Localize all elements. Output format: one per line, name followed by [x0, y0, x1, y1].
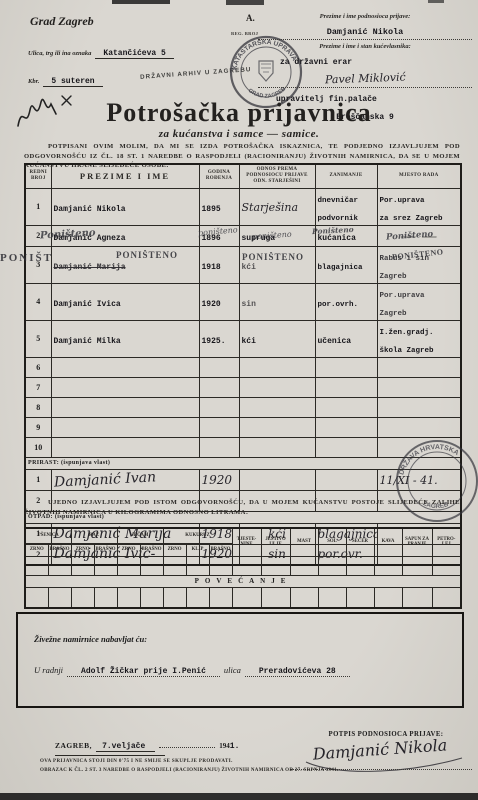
place-label: ZAGREB,	[55, 741, 92, 750]
supplies-value-row	[25, 587, 461, 608]
table-row-cancelled: 4 Damjanić Ivica 1920 sin por.ovrh. Por.…	[25, 283, 461, 320]
person-occupation: por.ovrh.	[318, 301, 359, 309]
shop-ulica-value: Preradovićeva 28	[245, 667, 350, 677]
col-sapun: SAPUN ZA PRANJE	[402, 528, 432, 556]
landlord-signature: Pavel Miklović	[324, 71, 405, 87]
applicant-name-label: Prezime i ime podnosioca prijave:	[258, 13, 472, 20]
sub-zrno: ZRNO	[71, 543, 94, 556]
row-number: 10	[25, 437, 51, 457]
sub-brasno: BRAŠNO	[140, 543, 163, 556]
scan-artifact	[226, 0, 264, 5]
person-name: Damjanić Ivica	[54, 300, 121, 309]
table-row: 5 Damjanić Milka 1925. kći učenica I.žen…	[25, 320, 461, 357]
supplies-intro-paragraph: UJEDNO IZJAVLJUJEM POD ISTOM ODGOVORNOŠĆ…	[24, 498, 460, 518]
sub-zrno: ZRNO	[163, 543, 186, 556]
supplies-table: PŠENICA RAŽ JEČAM KUKURUZ TJESTE-NINE JE…	[24, 527, 462, 609]
house-number-label: Kbr.	[28, 78, 39, 85]
landlord-line1: za državni erar	[280, 58, 352, 67]
person-work: Por.uprava Zagreb	[380, 292, 425, 318]
svg-text:DRŽAVA HRVATSKA: DRŽAVA HRVATSKA	[398, 444, 460, 476]
person-work: Por.uprava za srez Zagreb	[380, 197, 443, 223]
row-number: 7	[25, 377, 51, 397]
row-number: 1	[25, 188, 51, 225]
person-work: I.žen.gradj. škola Zagreb	[380, 329, 434, 355]
shop-radnja-label: U radnji	[34, 665, 63, 675]
col-header-occupation: ZANIMANJE	[315, 164, 377, 188]
col-header-relation: ODNOS PREMA PODNOSIOCU PRIJAVE ODN. STAR…	[239, 164, 315, 188]
col-secer: ŠEĆER	[346, 528, 374, 556]
table-row: 1 Damjanić Nikola 1895 Starješina dnevni…	[25, 188, 461, 225]
sub-klip: KLIP	[186, 543, 209, 556]
person-relation: sin	[242, 300, 256, 309]
person-year: 1920	[202, 300, 221, 309]
row-number: 1	[25, 469, 51, 490]
group-jecam: JEČAM	[117, 528, 163, 543]
person-year: 1918	[202, 263, 221, 272]
row-number: 4	[25, 283, 51, 320]
person-name: Damjanić Milka	[54, 337, 121, 346]
sub-brasno: BRAŠNO	[48, 543, 71, 556]
persons-table-header: REDNI BROJ PREZIME I IME GODINA ROĐENJA …	[25, 164, 461, 188]
sub-brasno: BRAŠNO	[209, 543, 232, 556]
col-mast: MAST	[290, 528, 318, 556]
landlord-label: Prezime i ime i stan kućevlasnika:	[258, 43, 472, 50]
col-kava: KAVA	[374, 528, 402, 556]
scan-artifact	[428, 0, 444, 3]
date-value: 7.veljače	[96, 742, 155, 752]
table-row-empty: 7	[25, 377, 461, 397]
table-row-empty: 8	[25, 397, 461, 417]
person-occupation: učenica	[318, 337, 352, 346]
table-row-empty: 9	[25, 417, 461, 437]
shop-title: Živežne namirnice nabavljat ću:	[34, 634, 147, 644]
person-name: Damjanić Marija	[54, 263, 126, 272]
person-name: Damjanić Nikola	[54, 205, 126, 214]
footer-line1: OVA PRIJAVNICA STOJI DIN 0'75 I NE SMIJE…	[40, 759, 233, 764]
person-relation: kći	[242, 337, 256, 346]
row-number: 8	[25, 397, 51, 417]
person-year: 1895	[202, 205, 221, 214]
signature-flourish	[286, 756, 472, 778]
person-year: 1920	[202, 473, 233, 487]
city-name: Grad Zagreb	[30, 14, 94, 29]
ponisteno-stamp: PONIŠTENO	[116, 250, 178, 260]
ponisteno-stamp: PONIŠT	[0, 252, 53, 264]
group-psenica: PŠENICA	[25, 528, 71, 543]
footer-line2: OBRAZAC K ČL. 2 ST. 3 NAREDBE O RASPODJE…	[40, 768, 339, 773]
person-year: 1925.	[202, 337, 226, 346]
scan-artifact	[112, 0, 170, 4]
street-value: Katančićeva 5	[95, 49, 173, 59]
street-label: Ulica, trg ili ina oznaka	[28, 50, 91, 57]
person-relation: Starješina	[242, 201, 299, 214]
col-header-year: GODINA ROĐENJA	[199, 164, 239, 188]
supplies-group-header: PŠENICA RAŽ JEČAM KUKURUZ TJESTE-NINE JE…	[25, 528, 461, 543]
group-raz: RAŽ	[71, 528, 117, 543]
group-kukuruz: KUKURUZ	[163, 528, 232, 543]
table-row-empty: 6	[25, 357, 461, 377]
col-sol: SOL	[318, 528, 346, 556]
col-tjestenine: TJESTE-NINE	[232, 528, 261, 556]
povecanje-label: POVEĆANJE	[25, 575, 461, 587]
row-number: 9	[25, 417, 51, 437]
col-header-num: REDNI BROJ	[25, 164, 51, 188]
person-occupation: blagajnica	[318, 264, 363, 272]
applicant-name-value: Damjanić Nikola	[327, 27, 404, 37]
footer-divider	[55, 755, 165, 756]
col-header-work: MJESTO RADA	[377, 164, 461, 188]
col-jestivo-ulje: JESTIVO ULJE	[261, 528, 290, 556]
year-printed: 194	[219, 742, 230, 750]
shop-box: Živežne namirnice nabavljat ću: U radnji…	[16, 612, 464, 708]
stamp-top-text: DRŽAVA HRVATSKA	[398, 444, 460, 476]
sub-zrno: ZRNO	[117, 543, 140, 556]
row-number: 6	[25, 357, 51, 377]
shop-ulica-label: ulica	[224, 665, 241, 675]
col-petrolej: PETRO-LEJ	[432, 528, 461, 556]
person-occupation: dnevničar podvornik	[318, 197, 359, 223]
scanned-form-page: Grad Zagreb Ulica, trg ili ina oznaka Ka…	[0, 0, 478, 800]
person-relation: kći	[242, 263, 256, 272]
form-letter: A.	[246, 13, 255, 23]
year-typed: 1.	[230, 742, 240, 751]
sub-brasno: BRAŠNO	[94, 543, 117, 556]
page-edge	[0, 793, 478, 800]
supplies-value-row	[25, 556, 461, 575]
form-title: Potrošačka prijavnica	[0, 98, 478, 128]
col-header-name: PREZIME I IME	[51, 164, 199, 188]
form-subtitle: za kućanstva i samce — samice.	[0, 128, 478, 140]
person-name: Damjanić Ivan	[53, 469, 156, 490]
sub-zrno: ZRNO	[25, 543, 48, 556]
povecanje-row: POVEĆANJE	[25, 575, 461, 587]
ponisteno-stamp: PONIŠTENO	[242, 252, 304, 262]
shop-radnja-value: Adolf Žičkar prije I.Penić	[67, 667, 220, 677]
row-number: 5	[25, 320, 51, 357]
